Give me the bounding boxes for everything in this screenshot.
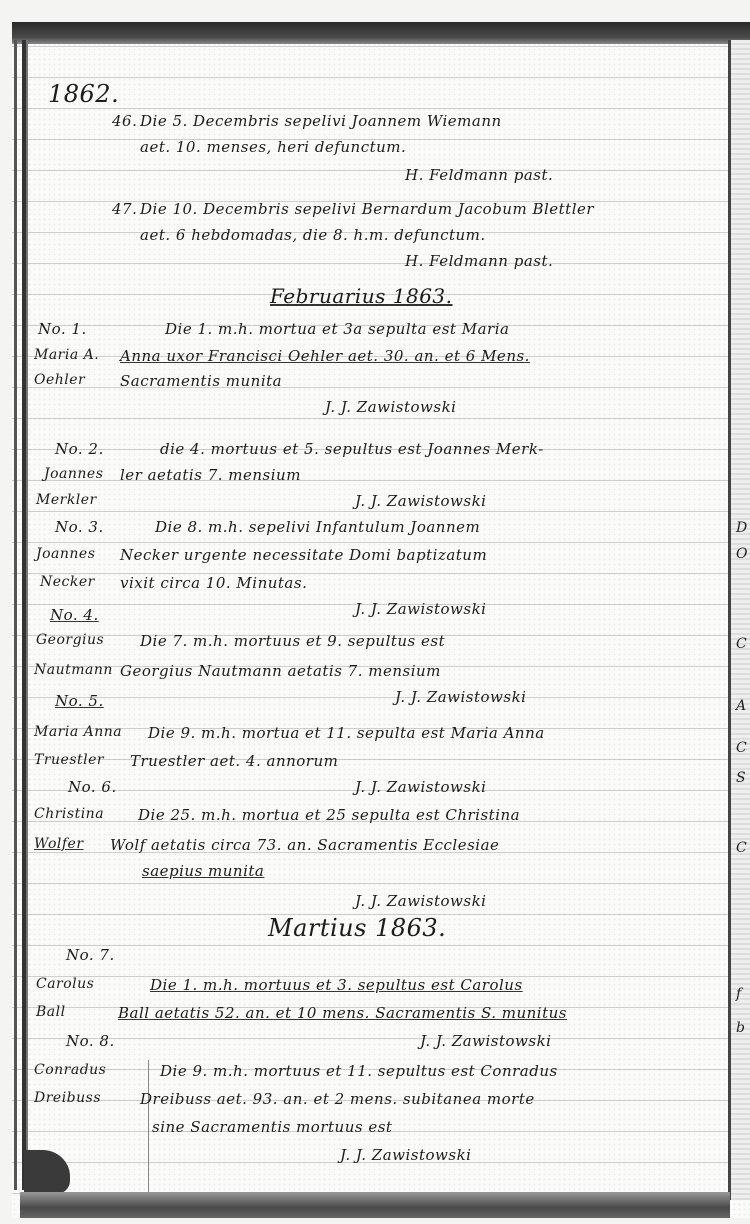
facing-page-letter: C bbox=[736, 840, 747, 856]
year-mark: 1862. bbox=[48, 80, 119, 108]
signature: J. J. Zawistowski bbox=[355, 492, 486, 510]
facing-page-letter: A bbox=[736, 698, 746, 714]
margin-name: Dreibuss bbox=[34, 1090, 101, 1106]
entry-line: Die 10. Decembris sepelivi Bernardum Jac… bbox=[140, 200, 594, 218]
facing-page-letter: C bbox=[736, 740, 747, 756]
section-heading-martius: Martius 1863. bbox=[268, 914, 446, 942]
entry-line: sine Sacramentis mortuus est bbox=[152, 1118, 392, 1136]
margin-name: Carolus bbox=[36, 976, 94, 992]
signature: J. J. Zawistowski bbox=[355, 600, 486, 618]
page-bottom-shadow bbox=[20, 1192, 730, 1218]
left-margin-rule bbox=[22, 40, 28, 1190]
entry-line: Die 1. m.h. mortuus et 3. sepultus est C… bbox=[150, 976, 523, 994]
margin-name: Nautmann bbox=[34, 662, 113, 678]
entry-line: Georgius Nautmann aetatis 7. mensium bbox=[120, 662, 441, 680]
facing-page-letter: O bbox=[736, 546, 747, 562]
margin-name: Wolfer bbox=[34, 836, 84, 852]
entry-number: No. 3. bbox=[55, 518, 104, 536]
signature: J. J. Zawistowski bbox=[395, 688, 526, 706]
signature: J. J. Zawistowski bbox=[355, 778, 486, 796]
margin-name: Christina bbox=[34, 806, 104, 822]
margin-name: Oehler bbox=[34, 372, 85, 388]
margin-name: Merkler bbox=[36, 492, 97, 508]
facing-page-letter: b bbox=[736, 1020, 745, 1036]
left-binding-rule bbox=[14, 40, 17, 1190]
signature: J. J. Zawistowski bbox=[420, 1032, 551, 1050]
signature: J. J. Zawistowski bbox=[355, 892, 486, 910]
entry-line: Sacramentis munita bbox=[120, 372, 282, 390]
entry-line: Anna uxor Francisci Oehler aet. 30. an. … bbox=[120, 347, 530, 365]
facing-page-letter: S bbox=[736, 770, 746, 786]
entry-line: aet. 6 hebdomadas, die 8. h.m. defunctum… bbox=[140, 226, 486, 244]
margin-name: Conradus bbox=[34, 1062, 106, 1078]
entry-line: Die 5. Decembris sepelivi Joannem Wieman… bbox=[140, 112, 502, 130]
entry-line: Truestler aet. 4. annorum bbox=[130, 752, 338, 770]
entry-line: Die 1. m.h. mortua et 3a sepulta est Mar… bbox=[165, 320, 509, 338]
entry-line: Die 9. m.h. mortuus et 11. sepultus est … bbox=[160, 1062, 558, 1080]
margin-name: Truestler bbox=[34, 752, 104, 768]
margin-name: Joannes bbox=[44, 466, 103, 482]
entry-line: Wolf aetatis circa 73. an. Sacramentis E… bbox=[110, 836, 499, 854]
margin-name: Ball bbox=[36, 1004, 66, 1020]
entry-number: No. 5. bbox=[55, 692, 104, 710]
entry-line: vixit circa 10. Minutas. bbox=[120, 574, 307, 592]
entry-line: Die 25. m.h. mortua et 25 sepulta est Ch… bbox=[138, 806, 520, 824]
signature: J. J. Zawistowski bbox=[325, 398, 456, 416]
section-heading-februarius: Februarius 1863. bbox=[270, 284, 453, 308]
facing-page-letter: D bbox=[736, 520, 747, 536]
entry-number: 46. bbox=[112, 112, 137, 130]
entry-number: No. 8. bbox=[66, 1032, 115, 1050]
margin-name: Joannes bbox=[36, 546, 95, 562]
entry-line: Ball aetatis 52. an. et 10 mens. Sacrame… bbox=[118, 1004, 567, 1022]
entry-line: die 4. mortuus et 5. sepultus est Joanne… bbox=[160, 440, 544, 458]
entry-line: Dreibuss aet. 93. an. et 2 mens. subitan… bbox=[140, 1090, 535, 1108]
entry-line: aet. 10. menses, heri defunctum. bbox=[140, 138, 406, 156]
entry-number: No. 6. bbox=[68, 778, 117, 796]
entry-number: No. 1. bbox=[38, 320, 87, 338]
facing-page-letter: C bbox=[736, 636, 747, 652]
facing-page-letter: f bbox=[736, 986, 741, 1002]
signature: H. Feldmann past. bbox=[405, 252, 553, 270]
entry-line: Necker urgente necessitate Domi baptizat… bbox=[120, 546, 487, 564]
entry-line: Die 9. m.h. mortua et 11. sepulta est Ma… bbox=[148, 724, 545, 742]
margin-name: Necker bbox=[40, 574, 95, 590]
entry-line: saepius munita bbox=[142, 862, 264, 880]
margin-name: Georgius bbox=[36, 632, 104, 648]
signature: J. J. Zawistowski bbox=[340, 1146, 471, 1164]
entry-number: No. 7. bbox=[66, 946, 115, 964]
entry-line: Die 8. m.h. sepelivi Infantulum Joannem bbox=[155, 518, 480, 536]
margin-name: Maria A. bbox=[34, 347, 99, 363]
signature: H. Feldmann past. bbox=[405, 166, 553, 184]
margin-name: Maria Anna bbox=[34, 724, 122, 740]
entry-number: No. 4. bbox=[50, 606, 99, 624]
name-column-rule bbox=[148, 1060, 149, 1200]
entry-line: Die 7. m.h. mortuus et 9. sepultus est bbox=[140, 632, 445, 650]
entry-line: ler aetatis 7. mensium bbox=[120, 466, 301, 484]
page-top-shadow bbox=[12, 22, 750, 44]
entry-number: No. 2. bbox=[55, 440, 104, 458]
entry-number: 47. bbox=[112, 200, 137, 218]
